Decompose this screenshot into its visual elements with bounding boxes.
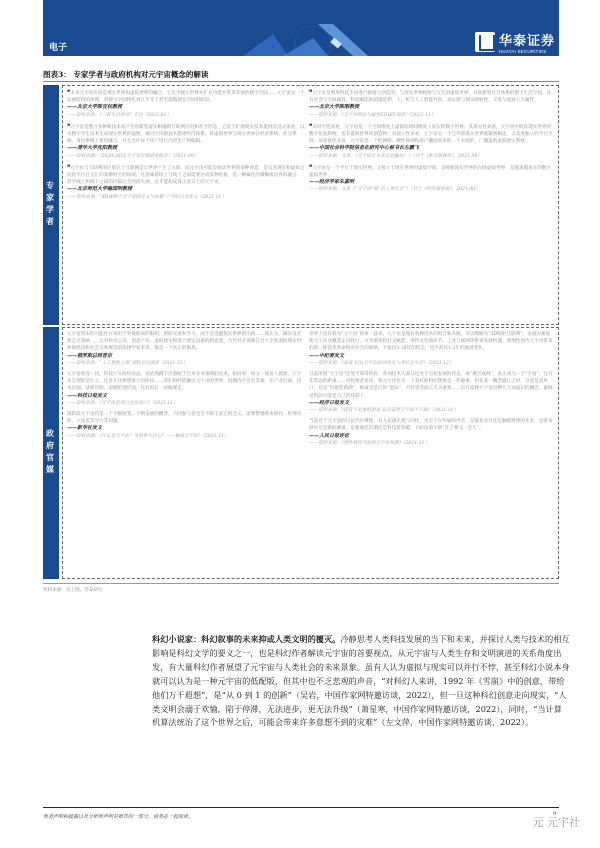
report-header: 电子 华泰证券 HUATAI SECURITIES — [43, 0, 559, 56]
quote-item: 元宇宙席卷一切，科技巨头纷纷表态。但依然跳不出着眼于自身业务领域的技术，如同看一… — [67, 371, 305, 407]
quote-source: ——资料来源：《投资不是虚拟游戏 盲目追捧元宇宙不可取》（2021.11） — [309, 407, 553, 414]
quote-source: ——资料来源：文章：《元宇宙是未来还是骗局？》（刊于《新京报智库》，2021.0… — [309, 153, 553, 160]
quote-item: ❝未来元宇宙应该是现实世界和虚拟世界的融合。它包含现实世界并扩充功能并带来等效的… — [67, 89, 305, 119]
footer-rule — [43, 807, 559, 808]
quote-source: ——资料来源：《理性看待当前的元宇宙热潮》（2021.11） — [309, 440, 553, 447]
quote-author: ——俄罗斯总统普京 — [67, 353, 305, 360]
government-left-column: 元宇宙带来的可能性应该用于突破距离的限制，帮助交流和学习，而不是逃避现实世界的出… — [67, 331, 305, 444]
experts-left-column: ❝未来元宇宙应该是现实世界和虚拟世界的融合。它包含现实世界并扩充功能并带来等效的… — [67, 89, 305, 205]
quote-author: ——北京大学陈宜权教授 — [67, 104, 305, 111]
watermark: 元 元宇社 — [533, 814, 581, 830]
source-rule — [43, 583, 559, 584]
quote-source: ——资料来源：《三联生活周刊》专访（2022.01） — [67, 112, 305, 119]
quote-item: 目前所谓“元宇宙”还处于萌芽阶段，各项技术大部分还处于点状发展的状态，离“聚点成… — [309, 371, 553, 414]
huatai-logo-icon — [475, 32, 495, 52]
quote-source: ——资料来源：《2020-2021元宇宙发展研究报告》（2021.09） — [67, 153, 305, 160]
quote-item: 现阶段元宇宙仍是一个不断演变、不断发展的概念，不同参与者也会不断丰富它的含义，需… — [67, 411, 305, 440]
quote-item: ❝元宇宙是一个平行于现实世界，又独立于现实世界的虚拟空间，是映射现实世界的在线虚… — [309, 164, 553, 194]
group-experts: 专家学者 ❝未来元宇宙应该是现实世界和虚拟世界的融合。它包含现实世界并扩充功能并… — [43, 85, 559, 325]
brand-name-en: HUATAI SECURITIES — [499, 49, 555, 54]
footer-disclaimer: 免责声明和披露以及分析师声明是报告的一部分，请务必一起阅读。 — [43, 813, 193, 820]
quote-author: ——清华大学沈阳教授 — [67, 145, 305, 152]
quote-item: 世界上没有称为“元宇宙”的单一技术，元宇宙是现有各种技术的组合和升级，可以理解为… — [309, 331, 553, 367]
quote-item: 当前对于元宇宙的讨论仍在继续，有人充满乐观与向往，也有不少怀疑的声音，是镜花水月… — [309, 418, 553, 447]
paragraph-lead: 科幻小说家：科幻叙事的未来抑或人类文明的覆灭。 — [152, 634, 340, 644]
quote-author: ——北京大学陈刚教授 — [309, 104, 553, 111]
quote-item: 元宇宙带来的可能性应该用于突破距离的限制，帮助交流和学习，而不是逃避现实世界的出… — [67, 331, 305, 367]
brand-logo: 华泰证券 HUATAI SECURITIES — [475, 30, 555, 54]
body-paragraph: 科幻小说家：科幻叙事的未来抑或人类文明的覆灭。冷静思考人类科技发展的当下和未来，… — [152, 633, 570, 730]
section-label: 电子 — [49, 40, 67, 53]
quote-source: ——资料来源：“XR视野下元宇宙的含义与场景”产学研讨会发言（2021.11） — [67, 194, 305, 201]
quote-source: ——资料来源：《什么是元宇宙？为何要关注它？——解码元宇宙》（2021.11） — [67, 433, 305, 440]
quote-item: ❝从时空性来看，元宇宙是一个空间维度上虚拟而时间维度上真实的数字世界；从真实性来… — [309, 123, 553, 160]
figure-title: 图表3： 专家学者与政府机构对元宇宙概念的解读 — [43, 69, 208, 80]
brand-name-cn: 华泰证券 — [499, 30, 555, 49]
paragraph-text: 冷静思考人类科技发展的当下和未来，并探讨人类与技术的相互影响是科幻文学的要义之一… — [152, 634, 570, 727]
quote-item: ❝元宇宙与互联网的区别在于互联网是让世界产生了关联，而元宇宙可能是驱动世界的某种… — [67, 164, 305, 201]
figure-title-rule — [43, 81, 559, 82]
quote-source: ——资料来源：《元宇宙是风口也是虎口》（2021.11） — [67, 400, 305, 407]
quote-author: ——科技日报发文 — [67, 393, 305, 400]
group-government: 政府官媒 元宇宙带来的可能性应该用于突破距离的限制，帮助交流和学习，而不是逃避现… — [43, 327, 559, 579]
quote-item: ❝元宇宙是整合多种新技术而产生的新型虚实相融的互联网应用和社会形态，它基于扩展现… — [67, 123, 305, 160]
quote-source: ——资料来源：《深度关注|元宇宙如何改写人类社会生活》（2021.12） — [309, 360, 553, 367]
government-right-column: 世界上没有称为“元宇宙”的单一技术，元宇宙是现有各种技术的组合和升级，可以理解为… — [309, 331, 553, 451]
quote-author: ——经济日报发文 — [309, 400, 553, 407]
quote-author: ——经济学家朱嘉明 — [309, 179, 553, 186]
experts-right-column: ❝元宇宙是利用科技手段进行链接与创造的，与现实世界映射与交互的虚拟世界，具备新型… — [309, 89, 553, 198]
quote-source: ——资料来源：文章《“元宇宙”和“后人类社会”》（刊于《经济观察报》，2021.… — [309, 186, 553, 193]
header-decoration-graphic — [233, 22, 403, 56]
quote-source: ——资料来源：“人工智能之旅”国际会议演讲（2021.11） — [67, 360, 305, 367]
quote-item: ❝元宇宙是利用科技手段进行链接与创造的，与现实世界映射与交互的虚拟世界，具备新型… — [309, 89, 553, 119]
group-label-experts: 专家学者 — [43, 85, 59, 325]
group-label-government: 政府官媒 — [43, 327, 59, 579]
quote-author: ——中纪委发文 — [309, 353, 553, 360]
quote-author: ——北京师范大学喻国明教授 — [67, 186, 305, 193]
quote-source: ——资料来源：《元宇宙特征与属性START图谱》（2021.11） — [309, 112, 553, 119]
quote-author: ——人民日报评论 — [309, 433, 553, 440]
quote-author: ——新华社发文 — [67, 425, 305, 432]
figure-source-note: 资料来源：见上图，华泰研究 — [43, 587, 103, 593]
quote-author: ——中国社会科学院信息化研究中心秘书长左鹏飞 — [309, 145, 553, 152]
